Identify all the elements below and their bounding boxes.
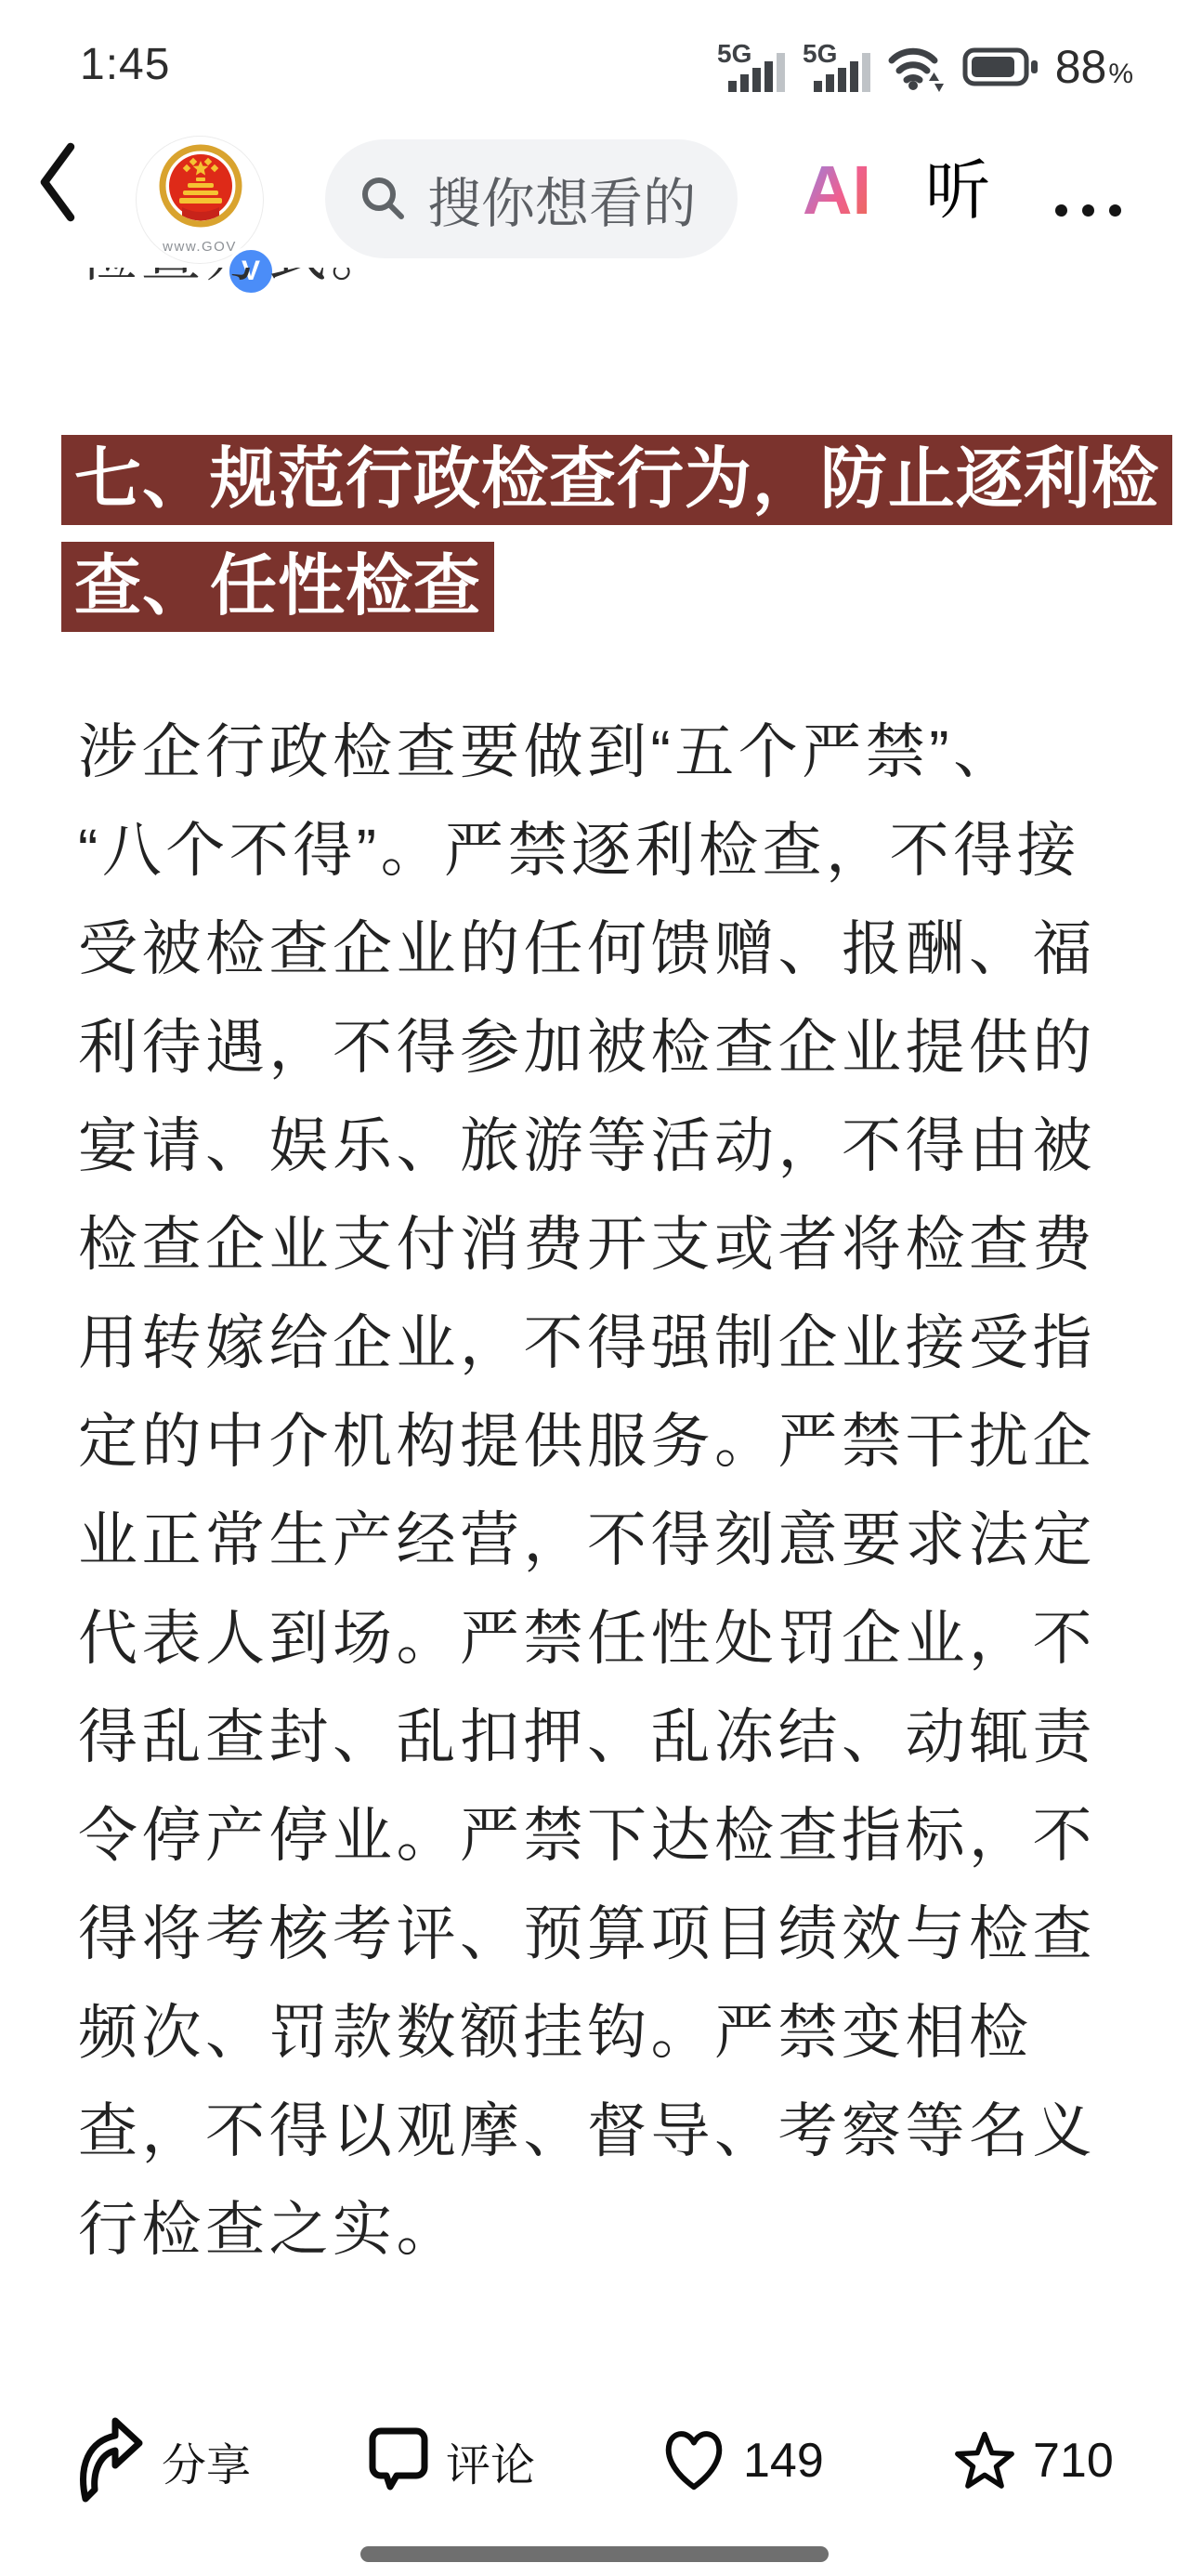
- favorite-count: 710: [1033, 2433, 1114, 2489]
- body-line: 行检查之实。: [78, 2180, 1096, 2279]
- status-right-cluster: 5G 5G: [717, 41, 1133, 93]
- body-line: 查，不得以观摩、督导、考察等名义: [78, 2082, 1096, 2180]
- search-placeholder: 搜你想看的: [427, 174, 692, 234]
- body-line: 业正常生产经营，不得刻意要求法定: [78, 1491, 1096, 1589]
- share-label: 分享: [162, 2429, 251, 2493]
- body-line: 检查企业支付消费开支或者将检查费: [78, 1195, 1096, 1294]
- body-line: 宴请、娱乐、旅游等活动，不得由被: [78, 1097, 1096, 1195]
- heart-icon: [661, 2425, 726, 2497]
- comment-icon: [368, 2422, 429, 2500]
- body-line: 定的中介机构提供服务。严禁干扰企: [78, 1392, 1096, 1491]
- wifi-icon: [888, 42, 947, 92]
- signal-5g-icon-1: 5G: [717, 40, 788, 94]
- section-heading-line-2: 查、任性检查: [61, 542, 494, 632]
- national-emblem-icon: [154, 142, 247, 235]
- search-input[interactable]: 搜你想看的: [325, 139, 738, 258]
- body-line: 得乱查封、乱扣押、乱冻结、动辄责: [78, 1688, 1096, 1786]
- signal-5g-icon-2: 5G: [803, 40, 873, 94]
- home-indicator[interactable]: [360, 2546, 829, 2562]
- body-line: “八个不得”。严禁逐利检查，不得接: [78, 801, 1096, 900]
- section-heading-line-1: 七、规范行政检查行为，防止逐利检: [61, 435, 1172, 525]
- star-icon: [953, 2428, 1016, 2493]
- listen-button[interactable]: 听: [925, 158, 990, 223]
- body-line: 受被检查企业的任何馈赠、报酬、福: [78, 900, 1096, 998]
- body-line: 代表人到场。严禁任性处罚企业，不: [78, 1589, 1096, 1688]
- battery-percent: 88 %: [1055, 40, 1133, 94]
- phone-screen: 1:45 5G 5G: [0, 0, 1189, 2576]
- back-icon[interactable]: [35, 139, 78, 225]
- body-line: 涉企行政检查要做到“五个严禁”、: [78, 703, 1096, 801]
- comment-label: 评论: [446, 2429, 535, 2493]
- body-line: 令停产停业。严禁下达检查指标，不: [78, 1786, 1096, 1885]
- comment-button[interactable]: 评论: [368, 2414, 535, 2507]
- status-time: 1:45: [80, 39, 170, 90]
- body-line: 得将考核考评、预算项目绩效与检查: [78, 1885, 1096, 1983]
- share-icon: [74, 2417, 145, 2504]
- clipped-previous-line: 检查方式。: [78, 268, 515, 284]
- share-button[interactable]: 分享: [74, 2414, 251, 2507]
- favorite-button[interactable]: 710: [953, 2414, 1114, 2507]
- like-button[interactable]: 149: [661, 2414, 824, 2507]
- search-icon: [359, 174, 409, 224]
- body-line: 用转嫁给企业，不得强制企业接受指: [78, 1294, 1096, 1392]
- article-body: 涉企行政检查要做到“五个严禁”、 “八个不得”。严禁逐利检查，不得接 受被检查企…: [78, 703, 1096, 2279]
- body-line: 利待遇，不得参加被检查企业提供的: [78, 998, 1096, 1097]
- body-line: 频次、罚款数额挂钩。严禁变相检: [78, 1983, 1096, 2082]
- more-menu-icon[interactable]: [1055, 204, 1121, 217]
- network-type-label-2: 5G: [803, 40, 837, 68]
- battery-icon: [962, 46, 1040, 88]
- search-placeholder-clip: 搜你想看的: [427, 160, 692, 238]
- like-count: 149: [743, 2433, 824, 2489]
- network-type-label-1: 5G: [717, 40, 751, 68]
- publisher-avatar[interactable]: www.GOV V: [136, 136, 264, 264]
- ai-button[interactable]: AI: [803, 156, 871, 225]
